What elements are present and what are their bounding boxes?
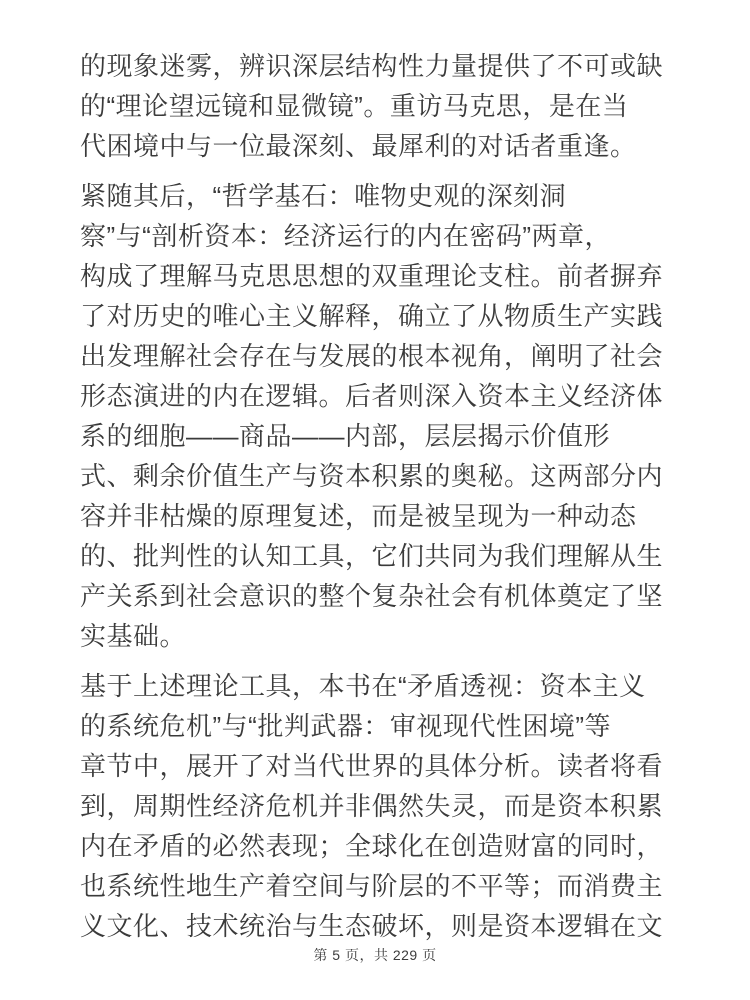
text-line: 实基础。 <box>80 616 670 656</box>
text-line: 代困境中与一位最深刻、最犀利的对话者重逢。 <box>80 126 670 166</box>
text-line: 的现象迷雾，辨识深层结构性力量提供了不可或缺 <box>80 46 670 86</box>
text-line: 了对历史的唯心主义解释，确立了从物质生产实践 <box>80 296 670 336</box>
text-line: 式、剩余价值生产与资本积累的奥秘。这两部分内 <box>80 456 670 496</box>
text-line: 系的细胞——商品——内部，层层揭示价值形 <box>80 416 670 456</box>
document-body: 的现象迷雾，辨识深层结构性力量提供了不可或缺 的“理论望远镜和显微镜”。重访马克… <box>80 46 670 956</box>
text-line: 的“理论望远镜和显微镜”。重访马克思，是在当 <box>80 86 670 126</box>
text-line: 产关系到社会意识的整个复杂社会有机体奠定了坚 <box>80 576 670 616</box>
text-line: 紧随其后，“哲学基石：唯物史观的深刻洞 <box>80 176 670 216</box>
text-line: 察”与“剖析资本：经济运行的内在密码”两章， <box>80 216 670 256</box>
text-line: 义文化、技术统治与生态破坏，则是资本逻辑在文 <box>80 906 670 946</box>
text-line: 章节中，展开了对当代世界的具体分析。读者将看 <box>80 746 670 786</box>
text-line: 基于上述理论工具，本书在“矛盾透视：资本主义 <box>80 666 670 706</box>
text-line: 内在矛盾的必然表现；全球化在创造财富的同时， <box>80 826 670 866</box>
text-line: 形态演进的内在逻辑。后者则深入资本主义经济体 <box>80 376 670 416</box>
text-line: 出发理解社会存在与发展的根本视角，阐明了社会 <box>80 336 670 376</box>
text-line: 构成了理解马克思思想的双重理论支柱。前者摒弃 <box>80 256 670 296</box>
paragraph: 的现象迷雾，辨识深层结构性力量提供了不可或缺 的“理论望远镜和显微镜”。重访马克… <box>80 46 670 166</box>
text-line: 也系统性地生产着空间与阶层的不平等；而消费主 <box>80 866 670 906</box>
paragraph: 基于上述理论工具，本书在“矛盾透视：资本主义 的系统危机”与“批判武器：审视现代… <box>80 666 670 946</box>
document-page: 的现象迷雾，辨识深层结构性力量提供了不可或缺 的“理论望远镜和显微镜”。重访马克… <box>0 0 750 1000</box>
page-number-footer: 第 5 页，共 229 页 <box>0 946 750 964</box>
paragraph: 紧随其后，“哲学基石：唯物史观的深刻洞 察”与“剖析资本：经济运行的内在密码”两… <box>80 176 670 656</box>
text-line: 容并非枯燥的原理复述，而是被呈现为一种动态 <box>80 496 670 536</box>
text-line: 的、批判性的认知工具，它们共同为我们理解从生 <box>80 536 670 576</box>
text-line: 的系统危机”与“批判武器：审视现代性困境”等 <box>80 706 670 746</box>
text-line: 到，周期性经济危机并非偶然失灵，而是资本积累 <box>80 786 670 826</box>
